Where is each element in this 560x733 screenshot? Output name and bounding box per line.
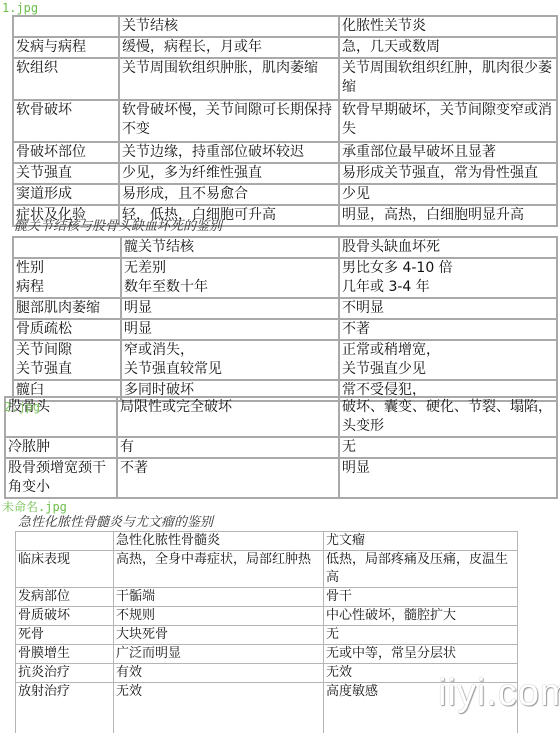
cell: 软骨破坏慢，关节间隙可长期保持不变 [119,100,339,142]
table-row: 软骨破坏 软骨破坏慢，关节间隙可长期保持不变 软骨早期破坏，关节间隙变窄或消失 [13,100,557,142]
header-cell: 尤文瘤 [324,532,518,551]
cell: 不明显 [339,298,557,319]
cell: 易形成关节强直，常为骨性强直 [339,163,557,184]
cell: 无 [339,437,557,458]
cell: 有效 [114,664,324,683]
cell: 无差别 数年至数十年 [121,258,339,298]
row-label: 软骨破坏 [13,100,119,142]
cell: 高热，全身中毒症状，局部红肿热 [114,551,324,588]
table-row: 窦道形成 易形成，且不易愈合 少见 [13,184,557,205]
table-row: 骨质疏松 明显 不著 [13,319,557,340]
table-row: 冷脓肿 有 无 [5,437,557,458]
cell: 急，几天或数周 [339,37,557,58]
header-cell: 股骨头缺血坏死 [339,237,557,258]
cell: 局限性或完全破坏 [117,397,339,437]
row-label: 腿部肌肉萎缩 [13,298,121,319]
table-row: 临床表现 高热，全身中毒症状，局部红肿热 低热，局部疼痛及压痛，皮温生高 [16,551,518,588]
cell: 承重部位最早破坏且显著 [339,142,557,163]
cell: 无或中等，常呈分层状 [324,645,518,664]
table-row: 发病部位 干骺端 骨干 [16,588,518,607]
table-hip-tb-vs-avn: 髋关节结核 股骨头缺血坏死 性别 病程 无差别 数年至数十年 男比女多 4-10… [12,236,558,402]
cell: 骨干 [324,588,518,607]
row-label: 软组织 [13,58,119,100]
table-row: 关节强直 少见，多为纤维性强直 易形成关节强直，常为骨性强直 [13,163,557,184]
table-header-row: 关节结核 化脓性关节炎 [13,16,557,37]
cell: 明显，高热，白细胞明显升高 [339,205,557,226]
cell: 明显 [339,458,557,498]
row-label: 放射治疗 [16,683,114,733]
cell: 大块死骨 [114,626,324,645]
cell: 不著 [339,319,557,340]
table-row: 骨膜增生 广泛而明显 无或中等，常呈分层状 [16,645,518,664]
header-cell: 化脓性关节炎 [339,16,557,37]
cell: 不著 [117,458,339,498]
table-row: 骨破坏部位 关节边缘，持重部位破坏较迟 承重部位最早破坏且显著 [13,142,557,163]
table-row: 发病与病程 缓慢，病程长，月或年 急，几天或数周 [13,37,557,58]
row-label: 骨质疏松 [13,319,121,340]
cell: 破坏、囊变、硬化、节裂、塌陷，头变形 [339,397,557,437]
file-label-3: 未命名.jpg [2,500,67,514]
header-cell: 髋关节结核 [121,237,339,258]
cell: 关节周围软组织肿胀，肌肉萎缩 [119,58,339,100]
cell: 易形成，且不易愈合 [119,184,339,205]
table-header-row: 髋关节结核 股骨头缺血坏死 [13,237,557,258]
table3-caption: 急性化脓性骨髓炎与尤文瘤的鉴别 [18,515,213,531]
cell: 缓慢，病程长，月或年 [119,37,339,58]
row-label: 骨质破坏 [16,607,114,626]
cell: 有 [117,437,339,458]
cell: 干骺端 [114,588,324,607]
cell: 明显 [121,319,339,340]
header-cell [16,532,114,551]
cell: 中心性破坏，髓腔扩大 [324,607,518,626]
row-label: 发病与病程 [13,37,119,58]
row-label: 性别 病程 [13,258,121,298]
table-row: 股骨颈增宽颈干角变小 不著 明显 [5,458,557,498]
cell: 窄或消失， 关节强直较常见 [121,340,339,380]
header-cell: 急性化脓性骨髓炎 [114,532,324,551]
cell: 低热，局部疼痛及压痛，皮温生高 [324,551,518,588]
row-label: 股骨颈增宽颈干角变小 [5,458,117,498]
cell: 软骨早期破坏，关节间隙变窄或消失 [339,100,557,142]
row-label: 关节间隙 关节强直 [13,340,121,380]
watermark: iiyi.com [438,672,560,715]
table-row: 腿部肌肉萎缩 明显 不明显 [13,298,557,319]
table-row: 性别 病程 无差别 数年至数十年 男比女多 4-10 倍 几年或 3-4 年 [13,258,557,298]
header-cell [13,237,121,258]
table-row: 骨质破坏 不规则 中心性破坏，髓腔扩大 [16,607,518,626]
cell: 不规则 [114,607,324,626]
table-row: 股骨头 局限性或完全破坏 破坏、囊变、硬化、节裂、塌陷，头变形 [5,397,557,437]
row-label: 抗炎治疗 [16,664,114,683]
row-label: 临床表现 [16,551,114,588]
cell: 关节边缘，持重部位破坏较迟 [119,142,339,163]
cell: 无 [324,626,518,645]
file-label-1: 1.jpg [2,1,38,15]
table-header-row: 急性化脓性骨髓炎 尤文瘤 [16,532,518,551]
row-label: 冷脓肿 [5,437,117,458]
row-label: 骨膜增生 [16,645,114,664]
table-row: 关节间隙 关节强直 窄或消失， 关节强直较常见 正常或稍增宽， 关节强直少见 [13,340,557,380]
cell: 少见，多为纤维性强直 [119,163,339,184]
row-label: 骨破坏部位 [13,142,119,163]
cell: 正常或稍增宽， 关节强直少见 [339,340,557,380]
header-cell: 关节结核 [119,16,339,37]
cell: 广泛而明显 [114,645,324,664]
row-label: 关节强直 [13,163,119,184]
cell: 少见 [339,184,557,205]
cell: 无效 [114,683,324,733]
row-label: 死骨 [16,626,114,645]
table2-caption: 髋关节结核与股骨头缺血坏死的鉴别 [14,219,222,235]
cell: 关节周围软组织红肿，肌肉很少萎缩 [339,58,557,100]
table-row: 死骨 大块死骨 无 [16,626,518,645]
row-label: 窦道形成 [13,184,119,205]
file-label-2: 2.jpg [4,400,40,414]
cell: 男比女多 4-10 倍 几年或 3-4 年 [339,258,557,298]
row-label: 发病部位 [16,588,114,607]
cell: 明显 [121,298,339,319]
table-row: 软组织 关节周围软组织肿胀，肌肉萎缩 关节周围软组织红肿，肌肉很少萎缩 [13,58,557,100]
header-cell [13,16,119,37]
table-joint-tb-vs-septic-arthritis: 关节结核 化脓性关节炎 发病与病程 缓慢，病程长，月或年 急，几天或数周 软组织… [12,15,558,227]
table-hip-tb-vs-avn-continued: 股骨头 局限性或完全破坏 破坏、囊变、硬化、节裂、塌陷，头变形 冷脓肿 有 无 … [4,396,558,499]
